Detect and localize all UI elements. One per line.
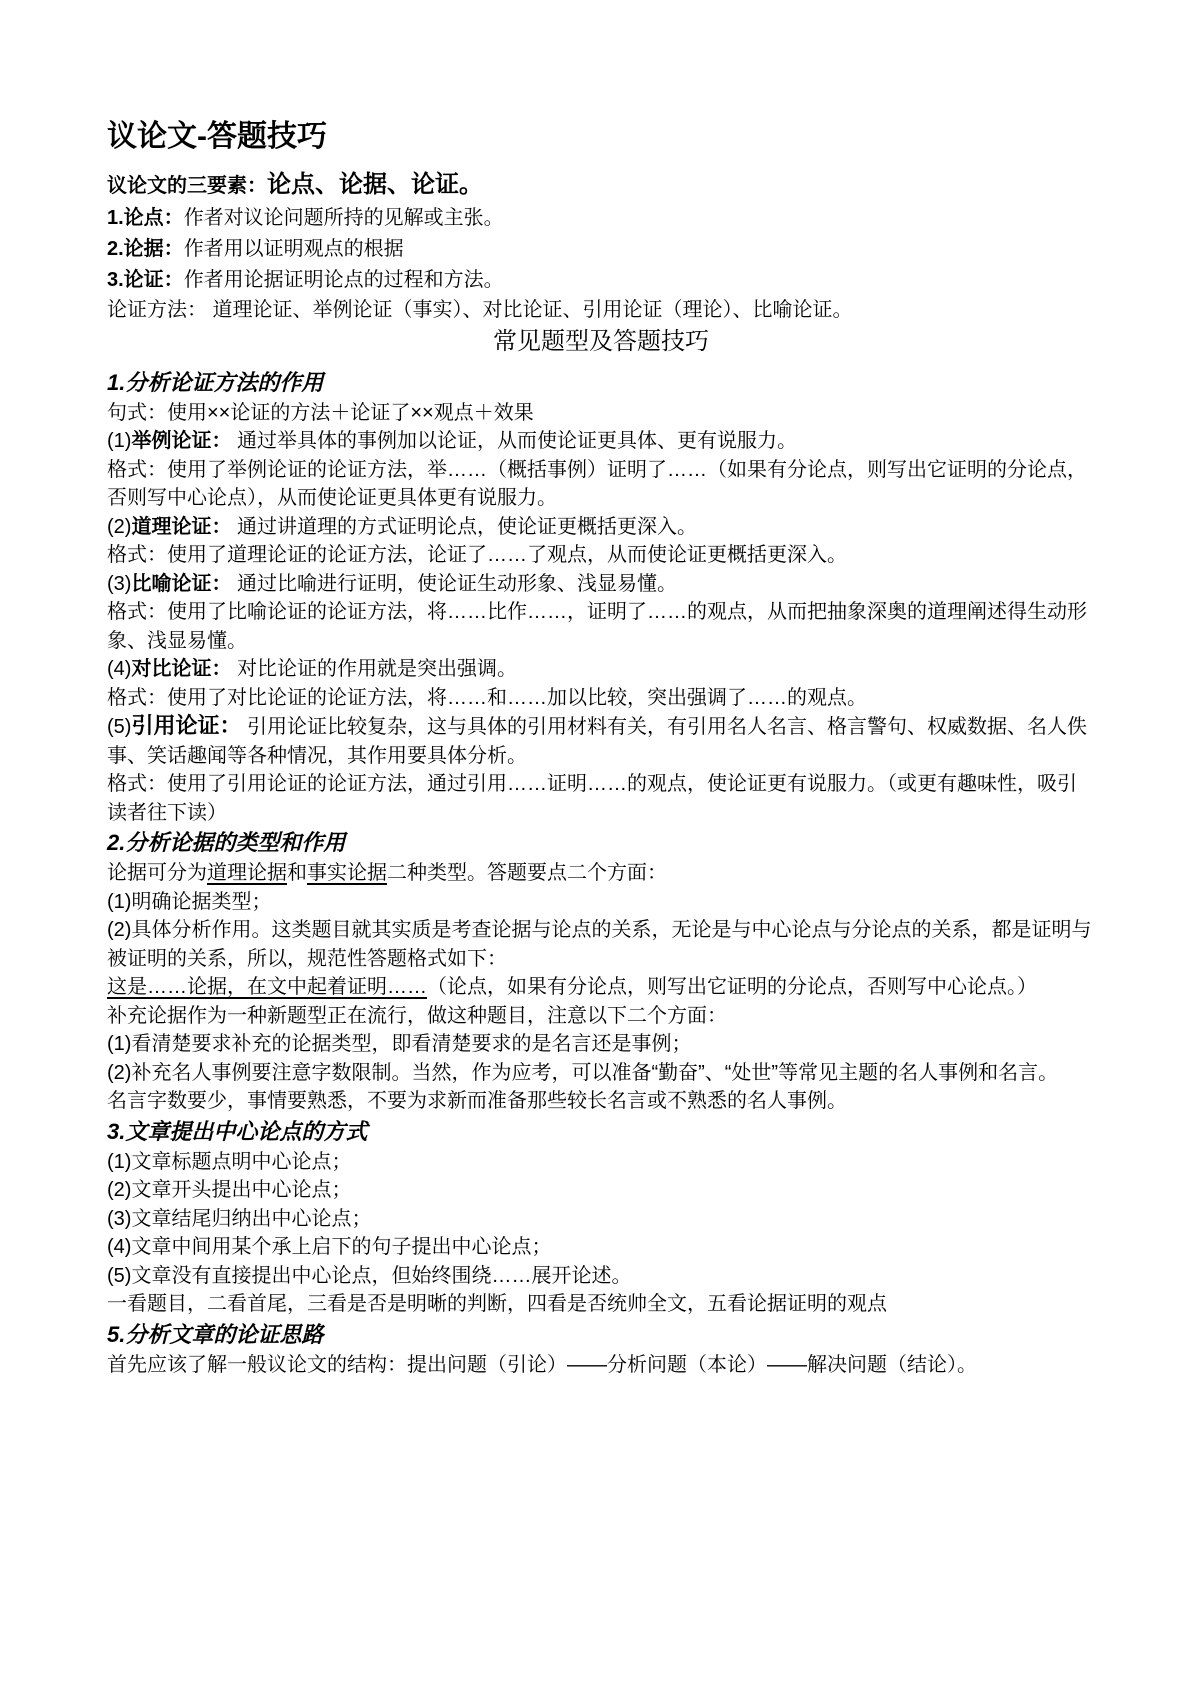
text-run: 作者对议论问题所持的见解或主张。: [184, 207, 504, 229]
text-run: 对比论证：: [131, 658, 231, 680]
text-run: 5.分析文章的论证思路: [107, 1322, 323, 1347]
text-run: (3)文章结尾归纳出中心论点；: [107, 1208, 371, 1230]
text-run: 补充论据作为一种新题型正在流行，做这种题目，注意以下二个方面：: [107, 1005, 727, 1027]
text-run: 格式：使用了对比论证的论证方法，将……和……加以比较，突出强调了……的观点。: [107, 687, 867, 709]
text-run: 通过举具体的事例加以论证，从而使论证更具体、更有说服力。: [231, 430, 797, 452]
text-run: 格式：使用了比喻论证的论证方法，将……比作……，证明了……的观点，从而把抽象深奥…: [107, 601, 1087, 652]
text-run: 对比论证的作用就是突出强调。: [231, 658, 517, 680]
text-run: 2.论据：: [107, 238, 184, 260]
text-run: 二种类型。答题要点二个方面：: [387, 862, 667, 884]
section-3-heading: 3.文章提出中心论点的方式: [107, 1116, 1095, 1148]
structure-line: 首先应该了解一般议论文的结构：提出问题（引论）——分析问题（本论）——解决问题（…: [107, 1351, 1095, 1380]
text-run: (1)明确论据类型；: [107, 891, 271, 913]
text-run: 1.论点：: [107, 207, 184, 229]
format-reasoning-argument: 格式：使用了道理论证的论证方法，论证了……了观点，从而使论证更概括更深入。: [107, 541, 1095, 570]
item-example-argument: (1)举例论证： 通过举具体的事例加以论证，从而使论证更具体、更有说服力。: [107, 427, 1095, 456]
text-run: 通过讲道理的方式证明论点，使论证更概括更深入。: [231, 516, 697, 538]
text-run: (2): [107, 516, 131, 538]
text-run: 和: [287, 862, 307, 884]
center-heading: 常见题型及答题技巧: [107, 325, 1095, 359]
text-run: (2)具体分析作用。这类题目就其实质是考查论据与论点的关系，无论是与中心论点与分…: [107, 919, 1091, 970]
text-run: 3.论证：: [107, 269, 184, 291]
text-run: (1): [107, 430, 131, 452]
section-5-heading: 5.分析文章的论证思路: [107, 1319, 1095, 1351]
document-body: 议论文的三要素：论点、论据、论证。1.论点：作者对议论问题所持的见解或主张。2.…: [107, 168, 1095, 1379]
text-run: 论据可分为: [107, 862, 207, 884]
text-run: (1)看清楚要求补充的论据类型，即看清楚要求的是名言还是事例；: [107, 1033, 691, 1055]
def-argument-evidence: 2.论据：作者用以证明观点的根据: [107, 234, 1095, 265]
def-argument-proof: 3.论证：作者用论据证明论点的过程和方法。: [107, 265, 1095, 296]
text-run: 引用论证：: [131, 713, 241, 738]
text-run: 通过比喻进行证明，使论证生动形象、浅显易懂。: [231, 573, 677, 595]
argument-methods-line: 论证方法： 道理论证、举例论证（事实）、对比论证、引用论证（理论）、比喻论证。: [107, 296, 1095, 325]
text-run: 举例论证：: [131, 430, 231, 452]
text-run: 首先应该了解一般议论文的结构：提出问题（引论）——分析问题（本论）——解决问题（…: [107, 1354, 977, 1376]
text-run: 这是……论据，在文中起着证明……: [107, 976, 427, 998]
text-run: 论点、论据、论证。: [267, 171, 483, 198]
text-run: 格式：使用了道理论证的论证方法，论证了……了观点，从而使论证更概括更深入。: [107, 544, 847, 566]
text-run: (4)文章中间用某个承上启下的句子提出中心论点；: [107, 1236, 551, 1258]
central-point-way-5: (5)文章没有直接提出中心论点，但始终围绕……展开论述。: [107, 1262, 1095, 1291]
item-reasoning-argument: (2)道理论证： 通过讲道理的方式证明论点，使论证更概括更深入。: [107, 513, 1095, 542]
text-run: 道理论证：: [131, 516, 231, 538]
text-run: 格式：使用了举例论证的论证方法，举……（概括事例）证明了……（如果有分论点，则写…: [107, 459, 1087, 510]
text-run: 句式：使用××论证的方法＋论证了××观点＋效果: [107, 402, 534, 424]
text-run: (5): [107, 716, 131, 738]
section-1-heading: 1.分析论证方法的作用: [107, 367, 1095, 399]
text-run: 格式：使用了引用论证的论证方法，通过引用……证明……的观点，使论证更有说服力。（…: [107, 773, 1077, 824]
text-run: 作者用以证明观点的根据: [184, 238, 404, 260]
text-run: (3): [107, 573, 131, 595]
format-quotation-argument: 格式：使用了引用论证的论证方法，通过引用……证明……的观点，使论证更有说服力。（…: [107, 770, 1095, 827]
text-run: 3.文章提出中心论点的方式: [107, 1119, 367, 1144]
text-run: (2)文章开头提出中心论点；: [107, 1179, 351, 1201]
central-point-way-1: (1)文章标题点明中心论点；: [107, 1148, 1095, 1177]
evidence-types-line: 论据可分为道理论据和事实论据二种类型。答题要点二个方面：: [107, 859, 1095, 888]
document-title: 议论文-答题技巧: [107, 118, 1095, 156]
five-looks-line: 一看题目，二看首尾，三看是否是明晰的判断，四看是否统帅全文，五看论据证明的观点: [107, 1290, 1095, 1319]
central-point-way-3: (3)文章结尾归纳出中心论点；: [107, 1205, 1095, 1234]
evidence-answer-format: 这是……论据，在文中起着证明……（论点，如果有分论点，则写出它证明的分论点，否则…: [107, 973, 1095, 1002]
text-run: （论点，如果有分论点，则写出它证明的分论点，否则写中心论点。）: [427, 976, 1037, 998]
evidence-point-2: (2)具体分析作用。这类题目就其实质是考查论据与论点的关系，无论是与中心论点与分…: [107, 916, 1095, 973]
evidence-point-1: (1)明确论据类型；: [107, 888, 1095, 917]
text-run: (2)补充名人事例要注意字数限制。当然，作为应考，可以准备“勤奋”、“处世”等常…: [107, 1062, 1058, 1084]
item-contrast-argument: (4)对比论证： 对比论证的作用就是突出强调。: [107, 655, 1095, 684]
text-run: 事实论据: [307, 862, 387, 884]
central-point-way-4: (4)文章中间用某个承上启下的句子提出中心论点；: [107, 1233, 1095, 1262]
format-metaphor-argument: 格式：使用了比喻论证的论证方法，将……比作……，证明了……的观点，从而把抽象深奥…: [107, 598, 1095, 655]
text-run: (5)文章没有直接提出中心论点，但始终围绕……展开论述。: [107, 1265, 631, 1287]
text-run: 作者用论据证明论点的过程和方法。: [184, 269, 504, 291]
text-run: 2.分析论据的类型和作用: [107, 830, 345, 855]
text-run: 议论文的三要素：: [107, 175, 267, 197]
item-quotation-argument: (5)引用论证： 引用论证比较复杂，这与具体的引用材料有关，有引用名人名言、格言…: [107, 712, 1095, 770]
sentence-pattern-line: 句式：使用××论证的方法＋论证了××观点＋效果: [107, 399, 1095, 428]
section-2-heading: 2.分析论据的类型和作用: [107, 827, 1095, 859]
text-run: 名言字数要少，事情要熟悉，不要为求新而准备那些较长名言或不熟悉的名人事例。: [107, 1090, 847, 1112]
format-example-argument: 格式：使用了举例论证的论证方法，举……（概括事例）证明了……（如果有分论点，则写…: [107, 456, 1095, 513]
text-run: 1.分析论证方法的作用: [107, 370, 323, 395]
text-run: 论证方法： 道理论证、举例论证（事实）、对比论证、引用论证（理论）、比喻论证。: [107, 299, 853, 321]
text-run: 一看题目，二看首尾，三看是否是明晰的判断，四看是否统帅全文，五看论据证明的观点: [107, 1293, 887, 1315]
intro-three-elements: 议论文的三要素：论点、论据、论证。: [107, 168, 1095, 203]
text-run: 道理论据: [207, 862, 287, 884]
text-run: 常见题型及答题技巧: [493, 328, 709, 355]
format-contrast-argument: 格式：使用了对比论证的论证方法，将……和……加以比较，突出强调了……的观点。: [107, 684, 1095, 713]
text-run: 比喻论证：: [131, 573, 231, 595]
supplement-point-1: (1)看清楚要求补充的论据类型，即看清楚要求的是名言还是事例；: [107, 1030, 1095, 1059]
item-metaphor-argument: (3)比喻论证： 通过比喻进行证明，使论证生动形象、浅显易懂。: [107, 570, 1095, 599]
def-argument-point: 1.论点：作者对议论问题所持的见解或主张。: [107, 203, 1095, 234]
supplement-point-2: (2)补充名人事例要注意字数限制。当然，作为应考，可以准备“勤奋”、“处世”等常…: [107, 1059, 1095, 1088]
text-run: (4): [107, 658, 131, 680]
text-run: 引用论证比较复杂，这与具体的引用材料有关，有引用名人名言、格言警句、权威数据、名…: [107, 716, 1087, 767]
supplement-tip: 名言字数要少，事情要熟悉，不要为求新而准备那些较长名言或不熟悉的名人事例。: [107, 1087, 1095, 1116]
text-run: (1)文章标题点明中心论点；: [107, 1151, 351, 1173]
supplement-evidence-intro: 补充论据作为一种新题型正在流行，做这种题目，注意以下二个方面：: [107, 1002, 1095, 1031]
central-point-way-2: (2)文章开头提出中心论点；: [107, 1176, 1095, 1205]
document-page: 议论文-答题技巧 议论文的三要素：论点、论据、论证。1.论点：作者对议论问题所持…: [0, 0, 1200, 1696]
